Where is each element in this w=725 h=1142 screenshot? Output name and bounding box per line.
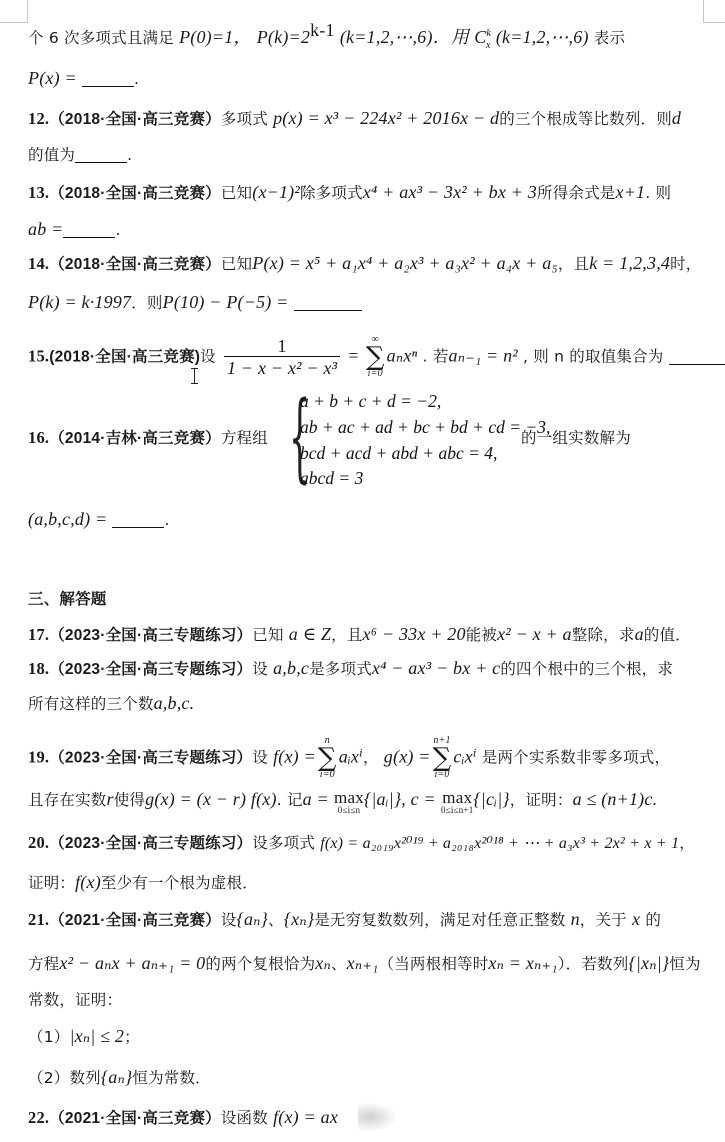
math: (k=1,2,⋯,6) <box>496 27 589 47</box>
math: a,b,c. <box>154 693 195 713</box>
text: ，证明： <box>510 791 573 809</box>
problem-number: 12. <box>28 109 49 128</box>
text: . 若 <box>423 348 449 366</box>
problem-number: 18. <box>28 659 49 678</box>
problem-14: 14.（2018·全国·高三竞赛）已知P(x) = x⁵ + a₁x⁴ + a₂… <box>28 253 702 275</box>
math: P(0)=1， <box>179 27 252 47</box>
problem-19: 19.（2023·全国·高三专题练习）设 f(x) =n∑i=0aᵢxⁱ， g(… <box>28 736 670 780</box>
math: f(x) = ax <box>273 1107 338 1127</box>
problem-number: 14. <box>28 254 49 273</box>
fraction: 11 − x − x² − x³ <box>224 336 340 379</box>
text: . <box>127 146 132 164</box>
text: 所得余式是 <box>537 184 616 202</box>
page-margin-mark-top-left <box>0 0 28 23</box>
summation: n+1∑i=0 <box>433 736 452 780</box>
math: aᵢxⁱ <box>339 747 363 767</box>
math: P(k) = k·1997 <box>28 292 131 312</box>
text: 设 <box>252 749 268 767</box>
math: x⁴ − ax³ − bx + c <box>372 658 500 678</box>
problem-source: （2023·全国·高三专题练习） <box>49 661 252 678</box>
text: 设 <box>252 660 268 678</box>
equation: bcd + acd + abd + abc = 4, <box>300 443 497 464</box>
problem-18-line2: 所有这样的三个数a,b,c. <box>28 693 194 714</box>
problem-21-line2: 方程x² − aₙx + aₙ₊₁ = 0的两个复根恰为xₙ、xₙ₊₁（当两根相… <box>28 953 701 974</box>
section-title: 三、解答题 <box>28 590 107 610</box>
text: 时， <box>670 255 701 273</box>
text: ，且 <box>331 626 362 644</box>
problem-number: 13. <box>28 183 49 202</box>
text: 的值为 <box>28 146 75 164</box>
problem-21: 21.（2021·全国·高三竞赛）设{aₙ}、{xₙ}是无穷复数数列，满足对任意… <box>28 909 661 931</box>
text: 的一组实数解为 <box>521 429 631 447</box>
summation: ∞∑i=0 <box>366 335 385 379</box>
text: 数列 <box>69 1069 100 1087</box>
answer-line-p11: P(x) = . <box>28 68 139 89</box>
problem-22: 22.（2021·全国·高三竞赛）设函数 f(x) = ax <box>28 1107 338 1129</box>
text: 证明： <box>28 874 75 892</box>
text: 已知 <box>221 184 252 202</box>
math: ab = <box>28 219 63 239</box>
math: {aₙ} <box>101 1067 133 1087</box>
text: 的四个根中的三个根，求 <box>500 660 673 678</box>
problem-number: 16. <box>28 428 49 447</box>
math: x⁴ + ax³ − 3x² + bx + 3 <box>363 182 537 202</box>
text: . <box>134 70 139 88</box>
math: P(x) = x⁵ + a₁x⁴ + a₂x³ + a₃x² + a₄x + a… <box>252 253 558 273</box>
page-margin-mark-top-right <box>703 0 725 23</box>
text: 是多项式 <box>309 660 372 678</box>
text: ，关于 <box>580 911 627 929</box>
problem-19-line2: 且存在实数r使得g(x) = (x − r) f(x). 记a = max0≤i… <box>28 789 657 815</box>
text: 且存在实数 <box>28 791 107 809</box>
text: ，且 <box>558 255 589 273</box>
text: . <box>115 221 120 239</box>
text: 的三个根成等比数列．则 <box>499 110 672 128</box>
problem-source: （2021·全国·高三竞赛） <box>49 912 221 929</box>
problem-16-tail: 的一组实数解为 <box>521 428 631 448</box>
math: x² − aₙx + aₙ₊₁ = 0 <box>59 953 205 973</box>
text: 、 <box>268 911 284 929</box>
equation: a + b + c + d = −2, <box>300 391 441 412</box>
math: {aₙ} <box>237 909 269 929</box>
math: {xₙ} <box>284 909 314 929</box>
math: aₙxⁿ <box>387 346 418 366</box>
text-cursor-ibeam-icon <box>190 368 199 384</box>
part-label: （1） <box>28 1028 69 1046</box>
problem-source: （2018·全国·高三竞赛） <box>49 185 221 202</box>
problem-16-line2: (a,b,c,d) = . <box>28 509 170 530</box>
text: . <box>164 511 169 529</box>
text: . 记 <box>277 791 303 809</box>
text: . 则 <box>645 184 671 202</box>
math: g(x) = <box>384 747 431 767</box>
problem-number: 20. <box>28 833 49 852</box>
text: 恒为常数． <box>132 1069 211 1087</box>
math: x² − x + a <box>497 624 572 644</box>
equation: abcd = 3 <box>300 468 363 489</box>
problem-source: （2023·全国·高三专题练习） <box>49 627 252 644</box>
math: p(x) = x³ − 224x² + 2016x − d <box>273 108 499 128</box>
text: 除多项式 <box>300 184 363 202</box>
image-fade-overlay <box>358 1102 398 1132</box>
text: 设 <box>221 911 237 929</box>
math: a,b,c <box>273 658 309 678</box>
text: 常数，证明： <box>28 991 122 1009</box>
problem-13-line2: ab =. <box>28 219 121 240</box>
text: 设 <box>200 348 216 366</box>
text: 设函数 <box>221 1109 268 1127</box>
problem-source: (2018·全国·高三竞赛) <box>49 349 200 366</box>
text: 的 <box>645 911 661 929</box>
problem-20-line2: 证明：f(x)至少有一个根为虚根． <box>28 872 258 893</box>
text: 多项式 <box>221 110 268 128</box>
math: k = 1,2,3,4 <box>589 253 670 273</box>
problem-source: （2014·吉林·高三竞赛） <box>49 430 221 447</box>
text: 恒为 <box>669 955 700 973</box>
text: 的值． <box>644 626 691 644</box>
text: ）．若数列 <box>558 955 629 973</box>
math: a ∈ Z <box>289 624 331 644</box>
max-operator: max0≤i≤n <box>334 789 364 815</box>
problem-15: 15.(2018·全国·高三竞赛)设 11 − x − x² − x³ = ∞∑… <box>28 335 725 379</box>
problem-11-continuation: 个 6 次多项式且满足 P(0)=1， P(k)=2k-1 (k=1,2,⋯,6… <box>28 27 625 48</box>
answer-blank[interactable] <box>294 296 362 311</box>
math: cᵢxⁱ <box>453 747 476 767</box>
answer-blank[interactable] <box>112 513 164 528</box>
answer-blank[interactable] <box>669 350 725 365</box>
problem-number: 19. <box>28 748 49 767</box>
text: 至少有一个根为虚根． <box>101 874 258 892</box>
math: a = <box>303 789 329 809</box>
text: 整除，求 <box>572 626 635 644</box>
problem-source: （2023·全国·高三专题练习） <box>49 750 252 767</box>
text: 表示 <box>594 29 625 47</box>
math: f(x) = <box>273 747 316 767</box>
problem-16: 16.（2014·吉林·高三竞赛）方程组 <box>28 428 268 449</box>
text: 设多项式 <box>252 834 315 852</box>
text: 已知 <box>252 626 283 644</box>
math: (x−1)² <box>252 182 300 202</box>
math: aₙ₋₁ = n² <box>449 346 518 366</box>
math: {|xₙ|} <box>628 953 669 973</box>
math: f(x) <box>75 872 101 892</box>
answer-blank[interactable] <box>75 148 127 163</box>
problem-source: （2018·全国·高三竞赛） <box>49 256 221 273</box>
answer-blank[interactable] <box>82 72 134 87</box>
math: (a,b,c,d) = <box>28 509 107 529</box>
problem-source: （2018·全国·高三竞赛） <box>49 111 221 128</box>
problem-12: 12.（2018·全国·高三竞赛）多项式 p(x) = x³ − 224x² +… <box>28 108 681 130</box>
equation: ab + ac + ad + bc + bd + cd = −3, <box>300 417 550 438</box>
text: 方程 <box>28 955 59 973</box>
text: 使得 <box>114 791 145 809</box>
math: g(x) = (x − r) f(x) <box>145 789 277 809</box>
math: x <box>632 909 640 929</box>
text: 所有这样的三个数 <box>28 695 154 713</box>
answer-blank[interactable] <box>63 223 115 238</box>
part-label: （2） <box>28 1069 69 1087</box>
problem-13: 13.（2018·全国·高三竞赛）已知(x−1)²除多项式x⁴ + ax³ − … <box>28 182 671 204</box>
problem-21-line3: 常数，证明： <box>28 990 122 1010</box>
problem-17: 17.（2023·全国·高三专题练习）已知 a ∈ Z，且x⁶ − 33x + … <box>28 624 691 646</box>
math: f(x) = a₂₀₁₉x²⁰¹⁹ + a₂₀₁₈x²⁰¹⁸ + ⋯ + a₃x… <box>320 835 679 852</box>
math: xₙ = xₙ₊₁ <box>488 953 557 973</box>
problem-12-line2: 的值为. <box>28 145 132 165</box>
text: 个 6 次多项式且满足 <box>28 29 174 47</box>
problem-20: 20.（2023·全国·高三专题练习）设多项式 f(x) = a₂₀₁₉x²⁰¹… <box>28 833 695 854</box>
text: 是无穷复数数列，满足对任意正整数 <box>314 911 565 929</box>
math: , c = <box>401 789 436 809</box>
math: n <box>571 909 580 929</box>
text: 方程组 <box>221 429 268 447</box>
math: xₙ <box>315 953 331 973</box>
problem-number: 22. <box>28 1108 49 1127</box>
text: ．则 <box>131 294 162 312</box>
text: ， <box>679 834 695 852</box>
text: 、 <box>331 955 347 973</box>
math: Ckx <box>474 27 491 47</box>
math: a ≤ (n+1)c. <box>573 789 658 809</box>
text: ， <box>363 749 379 767</box>
math: P(k)=2k-1 <box>257 27 335 47</box>
problem-21-part-2: （2）数列{aₙ}恒为常数． <box>28 1067 211 1088</box>
math: x⁶ − 33x + 20 <box>363 624 466 644</box>
text: 是两个实系数非零多项式， <box>482 749 670 767</box>
text: , 则 n 的取值集合为 <box>523 348 663 366</box>
problem-18: 18.（2023·全国·高三专题练习）设 a,b,c是多项式x⁴ − ax³ −… <box>28 658 673 680</box>
problem-21-part-1: （1）|xₙ| ≤ 2； <box>28 1026 140 1047</box>
math: x+1 <box>616 182 646 202</box>
math: {|aᵢ|} <box>364 789 401 809</box>
math: a <box>635 624 644 644</box>
text: 能被 <box>466 626 497 644</box>
math: xₙ₊₁ <box>347 953 379 973</box>
math: = <box>348 346 358 366</box>
math: P(x) = <box>28 68 77 88</box>
problem-source: （2023·全国·高三专题练习） <box>49 835 252 852</box>
text: （当两根相等时 <box>379 955 489 973</box>
problem-source: （2021·全国·高三竞赛） <box>49 1110 221 1127</box>
problem-number: 15. <box>28 347 49 366</box>
text: 的两个复根恰为 <box>205 955 315 973</box>
math: |xₙ| ≤ 2 <box>69 1026 124 1046</box>
problem-14-line2: P(k) = k·1997．则P(10) − P(−5) = <box>28 292 362 313</box>
problem-number: 17. <box>28 625 49 644</box>
text: ； <box>124 1028 140 1046</box>
text: 已知 <box>221 255 252 273</box>
math: r <box>107 789 114 809</box>
math: (k=1,2,⋯,6)．用 <box>340 27 469 47</box>
max-operator: max0≤i≤n+1 <box>441 789 473 815</box>
math: {|cᵢ|} <box>473 789 509 809</box>
problem-number: 21. <box>28 910 49 929</box>
summation: n∑i=0 <box>318 736 337 780</box>
equation-system: { a + b + c + d = −2, ab + ac + ad + bc … <box>289 389 521 493</box>
math: P(10) − P(−5) = <box>163 292 289 312</box>
math: d <box>672 108 681 128</box>
